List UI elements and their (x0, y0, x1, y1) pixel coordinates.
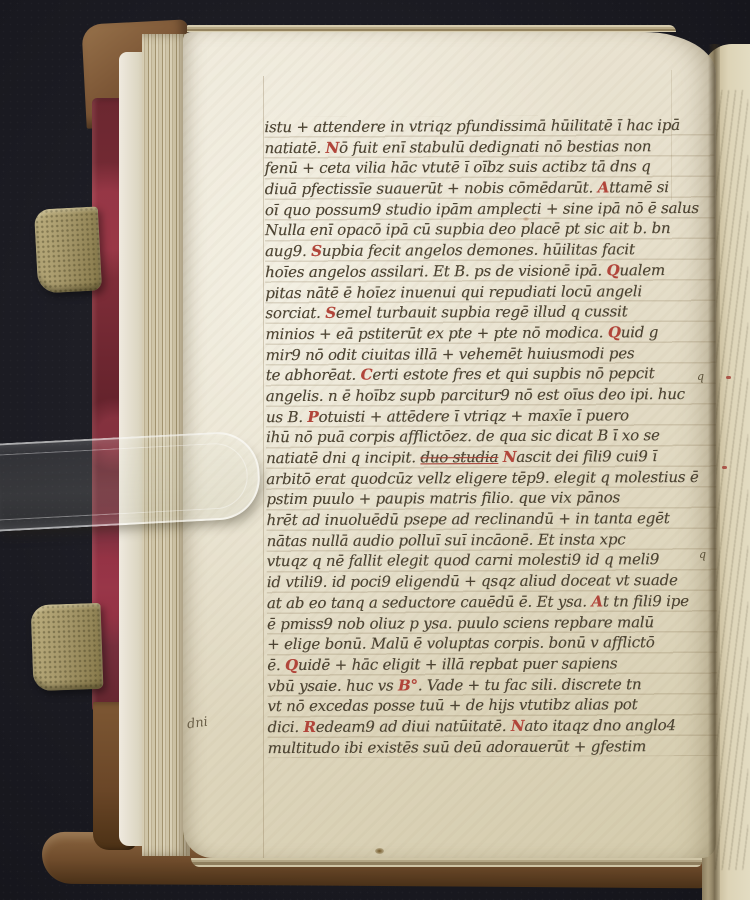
ink-text: ato itaqz dno anglo4 (524, 716, 676, 735)
ink-text: fenū + ceta vilia hāc vtutē ī oībz suis … (265, 158, 651, 178)
rubricated-text: A (598, 178, 610, 196)
rubricated-text: P (307, 408, 318, 426)
ink-text: ō fuit enī stabulū dedignati nō bestias … (339, 137, 651, 157)
margin-note-right: q (699, 548, 706, 561)
ink-text: minios + eā pstiterūt ex pte + pte nō mo… (265, 323, 607, 343)
ink-text: oī quo possum9 studio ipām amplecti + si… (265, 199, 699, 219)
ink-text: aug9. (265, 242, 311, 260)
rubricated-text: N (503, 448, 517, 466)
rubricated-text: C (361, 366, 373, 384)
ink-text: pstim puulo + paupis matris filio. que v… (266, 489, 620, 509)
ink-text: sorciat. (265, 304, 325, 322)
rubricated-text: Q (606, 261, 619, 279)
manuscript-line: diuā pfectissīe suauerūt + nobis cōmēdar… (265, 177, 715, 200)
facing-page-rubric-mark (726, 376, 731, 379)
rubricated-text: A (591, 592, 603, 610)
manuscript-line: mir9 nō odit ciuitas illā + vehemēt huiu… (266, 342, 716, 365)
rubricated-text: B° (398, 676, 418, 694)
manuscript-line: fenū + ceta vilia hāc vtutē ī oībz suis … (265, 156, 715, 179)
rubricated-text: S (325, 304, 336, 322)
manuscript-line: hrēt ad inuoluēdū psepe ad reclinandū + … (266, 508, 716, 531)
ink-text: ualem (619, 261, 665, 279)
manuscript-line: minios + eā pstiterūt ex pte + pte nō mo… (265, 322, 715, 345)
ink-text: vtuqz q nē fallit elegit quod carni mole… (267, 551, 660, 571)
gutter-shadow (708, 44, 720, 900)
ink-text: angelis. n ē hoībz supb parcitur9 nō est… (266, 385, 685, 405)
ink-text: uidē + hāc eligit + illā repbat puer sap… (298, 654, 618, 674)
ink-text: ihū nō puā corpis afflictōez. de qua sic… (266, 426, 660, 446)
ink-text: te abhorēat. (266, 366, 361, 384)
rubricated-text: duo studia (420, 448, 498, 466)
rubricated-text: S (311, 242, 322, 260)
ink-text: natiatē dni q incipit. (266, 448, 420, 467)
manuscript-line: sorciat. Semel turbauit supbia regē illu… (265, 301, 715, 324)
manuscript-line: oī quo possum9 studio ipām amplecti + si… (265, 198, 715, 221)
manuscript-line: istu + attendere in vtriqz pfundissimā h… (264, 115, 714, 138)
manuscript-line: at ab eo tanq a seductore cauēdū ē. Et y… (267, 591, 717, 614)
manuscript-page: istu + attendere in vtriqz pfundissimā h… (183, 32, 716, 858)
facing-page-rubric-mark (722, 466, 727, 469)
rubricated-text: R (303, 718, 315, 736)
ink-text: at ab eo tanq a seductore cauēdū ē. Et y… (267, 592, 592, 612)
ink-text: t tn fili9 ipe (603, 592, 689, 610)
manuscript-line: + elige bonū. Malū ē voluptas corpis. bo… (267, 632, 717, 655)
ink-text: pitas nātē ē hoīez inuenui qui repudiati… (265, 282, 642, 302)
ink-text: ttamē si (609, 178, 669, 196)
text-block: istu + attendere in vtriqz pfundissimā h… (264, 115, 717, 759)
manuscript-line: multitudo ibi existēs suū deū adorauerūt… (268, 735, 718, 758)
rubricated-text: Q (285, 656, 298, 674)
manuscript-line: vbū ysaie. huc vs B°. Vade + tu fac sili… (267, 673, 717, 696)
manuscript-line: arbitō erat quodcūz vellz eligere tēp9. … (266, 467, 716, 490)
manuscript-line: pstim puulo + paupis matris filio. que v… (266, 487, 716, 510)
manuscript-line: angelis. n ē hoībz supb parcitur9 nō est… (266, 384, 716, 407)
ink-text: emel turbauit supbia regē illud q cussit (336, 302, 628, 322)
manuscript-line: aug9. Supbia fecit angelos demones. hūil… (265, 239, 715, 262)
ink-text: Nulla enī opacō ipā cū supbia deo placē … (265, 219, 671, 239)
manuscript-line: dici. Redeam9 ad diui natūitatē. Nato it… (267, 715, 717, 738)
ink-text: id vtili9. id poci9 eligendū + qsqz aliu… (267, 571, 678, 591)
ink-text: vbū ysaie. huc vs (267, 676, 398, 695)
manuscript-line: vtuqz q nē fallit elegit quod carni mole… (267, 549, 717, 572)
ink-text: ascit dei fili9 cui9 ī (516, 447, 657, 466)
ink-text: istu + attendere in vtriqz pfundissimā h… (264, 116, 680, 136)
ink-text: us B. (266, 408, 308, 426)
ink-text: . Vade + tu fac sili. discrete tn (418, 675, 642, 694)
ink-text: multitudo ibi existēs suū deū adorauerūt… (268, 737, 647, 757)
manuscript-line: vt nō excedas posse tuū + de hijs vtutib… (267, 694, 717, 717)
manuscript-line: us B. Potuisti + attēdere ī vtriqz + max… (266, 404, 716, 427)
manuscript-line: ē. Quidē + hāc eligit + illā repbat puer… (267, 653, 717, 676)
manuscript-photo: istu + attendere in vtriqz pfundissimā h… (0, 0, 750, 900)
manuscript-line: Nulla enī opacō ipā cū supbia deo placē … (265, 218, 715, 241)
margin-note-dni: dni (186, 715, 209, 733)
ink-text: ē pmiss9 nob oliuz p ysa. puulo sciens r… (267, 613, 654, 633)
ink-text: upbia fecit angelos demones. hūilitas fa… (322, 240, 635, 260)
ink-text: natiatē. (264, 139, 325, 157)
ink-text: edeam9 ad diui natūitatē. (316, 717, 511, 736)
ink-text: uid g (621, 323, 659, 341)
rubricated-text: N (325, 138, 339, 156)
ink-text: otuisti + attēdere ī vtriqz + maxīe ī pu… (318, 406, 628, 426)
manuscript-line: hoīes angelos assilari. Et B. ps de visi… (265, 260, 715, 283)
manuscript-line: ē pmiss9 nob oliuz p ysa. puulo sciens r… (267, 611, 717, 634)
manuscript-line: te abhorēat. Certi estote fres et qui su… (266, 363, 716, 386)
ink-text: diuā pfectissīe suauerūt + nobis cōmēdar… (265, 179, 598, 199)
ink-text: dici. (267, 718, 303, 736)
ink-text: ē. (267, 656, 285, 674)
ink-text: arbitō erat quodcūz vellz eligere tēp9. … (266, 468, 698, 488)
transparent-page-weight (0, 430, 262, 532)
manuscript-line: ihū nō puā corpis afflictōez. de qua sic… (266, 425, 716, 448)
rubricated-text: N (511, 717, 525, 735)
page-stain (375, 848, 384, 854)
ink-text: vt nō excedas posse tuū + de hijs vtutib… (267, 695, 637, 715)
ink-text: erti estote fres et qui supbis nō pepcit (372, 364, 654, 383)
manuscript-line: natiatē dni q incipit. duo studia Nascit… (266, 446, 716, 469)
ink-text: mir9 nō odit ciuitas illā + vehemēt huiu… (266, 344, 635, 364)
ink-text: hoīes angelos assilari. Et B. ps de visi… (265, 261, 606, 281)
manuscript-line: nātas nullā audio polluī suī incāonē. Et… (266, 529, 716, 552)
ink-text: nātas nullā audio polluī suī incāonē. Et… (266, 530, 625, 550)
rubricated-text: Q (608, 323, 621, 341)
margin-note-right: q (697, 370, 704, 383)
ink-text: + elige bonū. Malū ē voluptas corpis. bo… (267, 633, 655, 653)
manuscript-line: natiatē. Nō fuit enī stabulū dedignati n… (264, 136, 714, 159)
manuscript-line: pitas nātē ē hoīez inuenui qui repudiati… (265, 280, 715, 303)
clasp-strap-bottom (31, 603, 104, 691)
clasp-strap-top (34, 206, 102, 293)
ink-text: hrēt ad inuoluēdū psepe ad reclinandū + … (266, 509, 669, 529)
manuscript-line: id vtili9. id poci9 eligendū + qsqz aliu… (267, 570, 717, 593)
